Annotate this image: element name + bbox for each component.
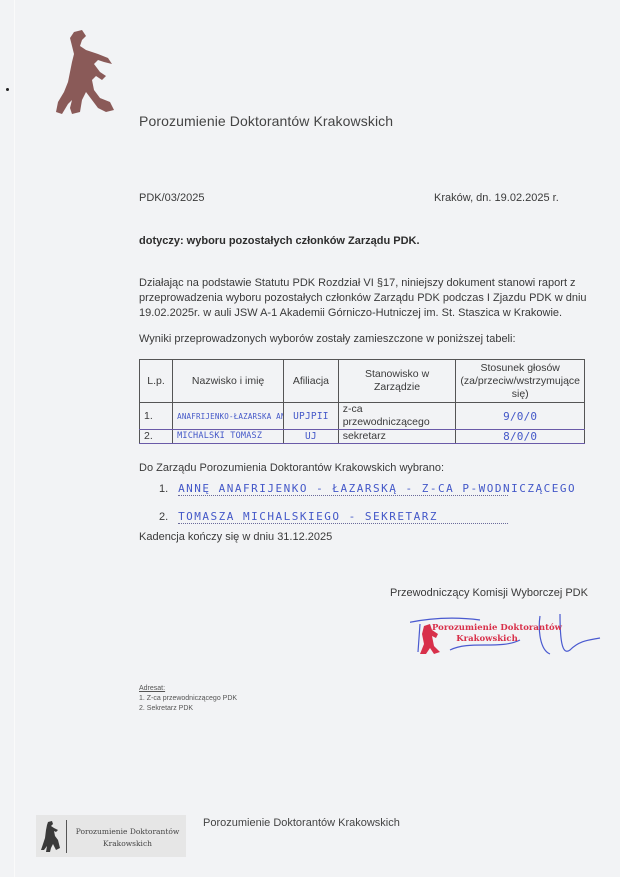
stamp: Porozumienie Doktorantów Krakowskich: [432, 623, 562, 645]
table-header-row: L.p. Nazwisko i imię Afiliacja Stanowisk…: [140, 360, 585, 403]
cell-name: ANAFRIJENKO-ŁAZARSKA ANNA: [173, 403, 284, 430]
col-affiliation: Afiliacja: [284, 360, 339, 403]
elected-intro: Do Zarządu Porozumienia Doktorantów Krak…: [139, 462, 444, 474]
document-subject: dotyczy: wyboru pozostałych członków Zar…: [139, 235, 420, 247]
cell-lp: 2.: [140, 430, 173, 444]
col-name: Nazwisko i imię: [173, 360, 284, 403]
footer-logo-text: Porozumienie Doktorantów Krakowskich: [70, 826, 185, 850]
addressee-label: Adresat:: [139, 684, 237, 694]
elected-item-text: TOMASZA MICHALSKIEGO - SEKRETARZ: [178, 510, 508, 524]
col-position: Stanowisko w Zarządzie: [338, 360, 456, 403]
elected-item-number: 2.: [159, 511, 175, 523]
addressee-item: 2. Sekretarz PDK: [139, 704, 237, 714]
cell-votes: 9/0/0: [456, 403, 585, 430]
term-end: Kadencja kończy się w dniu 31.12.2025: [139, 531, 332, 543]
cell-position: sekretarz: [338, 430, 456, 444]
place-date: Kraków, dn. 19.02.2025 r.: [434, 192, 559, 204]
signature-title: Przewodniczący Komisji Wyborczej PDK: [390, 587, 588, 599]
table-row: 1. ANAFRIJENKO-ŁAZARSKA ANNA UPJPII z-ca…: [140, 403, 585, 430]
col-votes: Stosunek głosów (za/przeciw/wstrzymujące…: [456, 360, 585, 403]
footer-organization: Porozumienie Doktorantów Krakowskich: [203, 817, 400, 829]
elected-item: 2. TOMASZA MICHALSKIEGO - SEKRETARZ: [159, 510, 508, 524]
scan-artifact-dot: [6, 88, 9, 91]
table-row: 2. MICHALSKI TOMASZ UJ sekretarz 8/0/0: [140, 430, 585, 444]
dragon-logo-icon: [52, 28, 120, 122]
results-table: L.p. Nazwisko i imię Afiliacja Stanowisk…: [139, 359, 585, 444]
stamp-line2: Krakowskich: [432, 634, 542, 645]
cell-affiliation: UPJPII: [284, 403, 339, 430]
intro-paragraph: Działając na podstawie Statutu PDK Rozdz…: [139, 276, 589, 321]
footer-divider: [66, 820, 67, 853]
cell-votes: 8/0/0: [456, 430, 585, 444]
results-intro: Wyniki przeprowadzonych wyborów zostały …: [139, 333, 516, 345]
footer-logo-line1: Porozumienie Doktorantów: [70, 826, 185, 838]
footer-logo-line2: Krakowskich: [70, 838, 185, 850]
elected-item-text: ANNĘ ANAFRIJENKO - ŁAZARSKĄ - Z-CA P-WOD…: [178, 482, 508, 496]
scan-fold-line: [14, 0, 15, 877]
organization-header: Porozumienie Doktorantów Krakowskich: [139, 113, 393, 129]
cell-position: z-ca przewodniczącego: [338, 403, 456, 430]
elected-item: 1. ANNĘ ANAFRIJENKO - ŁAZARSKĄ - Z-CA P-…: [159, 482, 508, 496]
addressee-block: Adresat: 1. Z-ca przewodniczącego PDK 2.…: [139, 684, 237, 714]
cell-name: MICHALSKI TOMASZ: [173, 430, 284, 444]
elected-item-number: 1.: [159, 483, 175, 495]
cell-lp: 1.: [140, 403, 173, 430]
document-reference: PDK/03/2025: [139, 192, 204, 204]
col-lp: L.p.: [140, 360, 173, 403]
addressee-item: 1. Z-ca przewodniczącego PDK: [139, 694, 237, 704]
footer-dragon-logo-icon: [40, 820, 62, 854]
cell-affiliation: UJ: [284, 430, 339, 444]
stamp-line1: Porozumienie Doktorantów: [432, 623, 562, 633]
